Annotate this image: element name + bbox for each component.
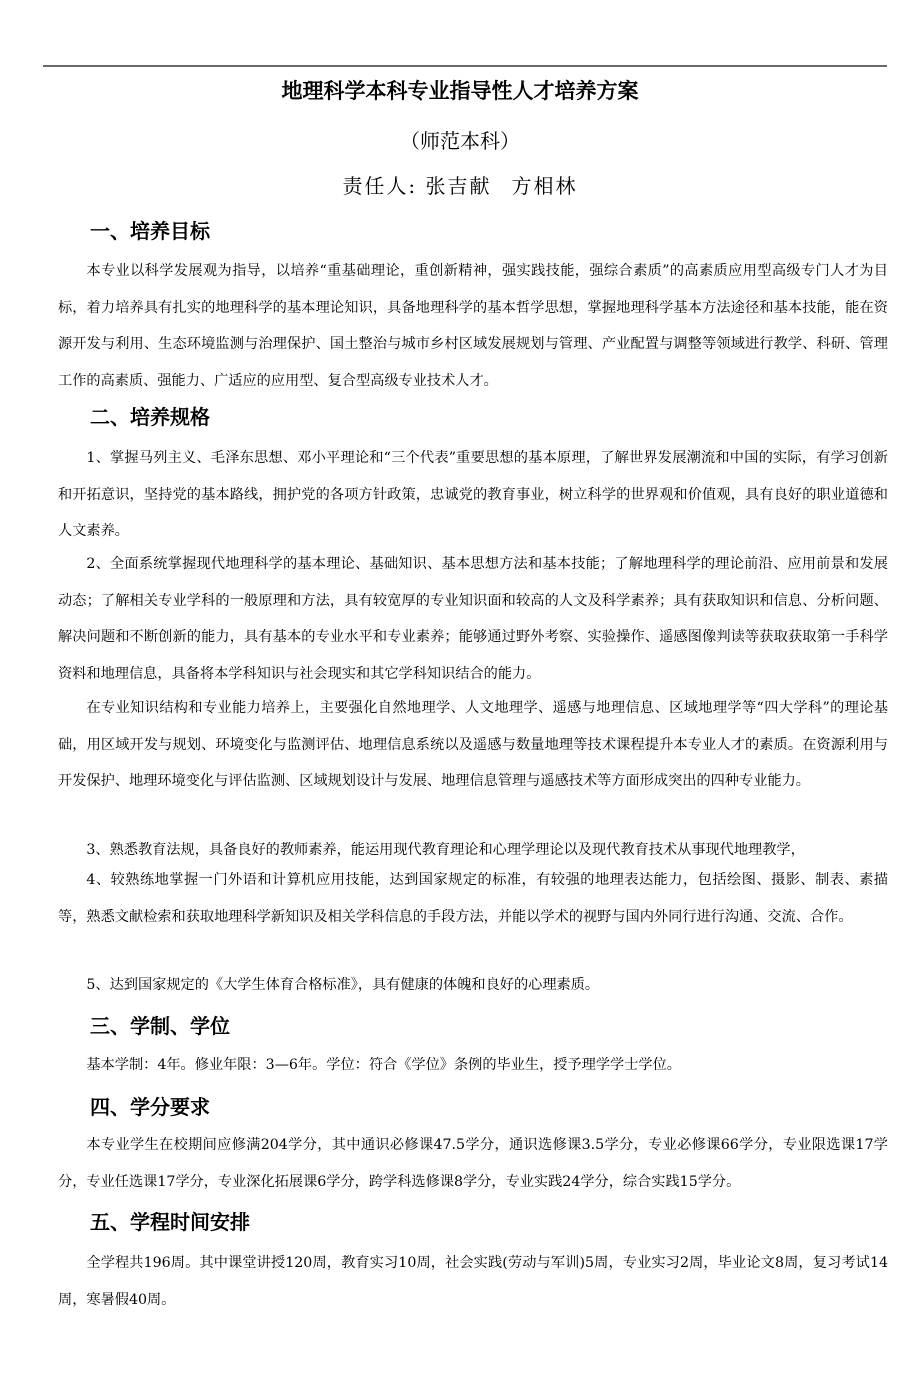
paragraph: 本专业以科学发展观为指导，以培养“重基础理论，重创新精神，强实践技能，强综合素质… [58,253,888,399]
document-subtitle: （师范本科） [0,126,920,156]
author-name: 张吉献 [426,174,492,198]
paragraph: 1、掌握马列主义、毛泽东思想、邓小平理论和“三个代表”重要思想的基本原理，了解世… [58,440,888,550]
document-title: 地理科学本科专业指导性人才培养方案 [0,76,920,106]
paragraph: 全学程共196周。其中课堂讲授120周，教育实习10周，社会实践(劳动与军训)5… [58,1245,888,1318]
paragraph: 基本学制：4年。修业年限：3—6年。学位：符合《学位》条例的毕业生，授予理学学士… [58,1047,888,1084]
paragraph: 5、达到国家规定的《大学生体育合格标准》，具有健康的体魄和良好的心理素质。 [58,967,888,1004]
authors-line: 责任人: 张吉献方相林 [0,170,920,202]
paragraph: 2、全面系统掌握现代地理科学的基本理论、基础知识、基本思想方法和基本技能；了解地… [58,546,888,692]
section-heading: 二、培养规格 [90,402,210,432]
paragraph: 4、较熟练地掌握一门外语和计算机应用技能，达到国家规定的标准，有较强的地理表达能… [58,862,888,935]
section-heading: 四、学分要求 [90,1092,210,1122]
author-name: 方相林 [512,174,578,198]
top-rule [43,65,887,67]
section-heading: 一、培养目标 [90,216,210,246]
section-heading: 五、学程时间安排 [90,1207,250,1237]
section-heading: 三、学制、学位 [90,1011,230,1041]
paragraph: 在专业知识结构和专业能力培养上，主要强化自然地理学、人文地理学、遥感与地理信息、… [58,690,888,800]
paragraph: 本专业学生在校期间应修满204学分，其中通识必修课47.5学分，通识选修课3.5… [58,1127,888,1200]
authors-label: 责任人: [342,174,417,198]
